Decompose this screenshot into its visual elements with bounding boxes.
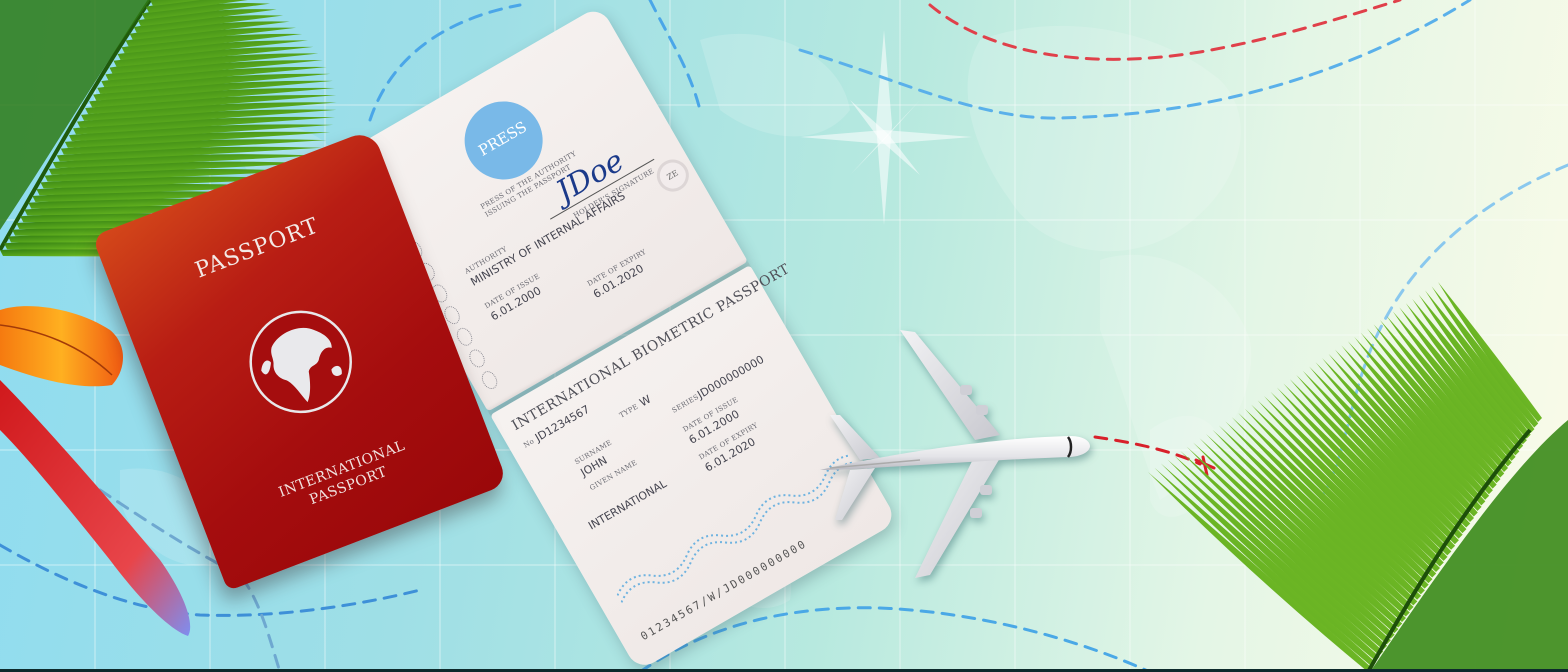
hologram-stamp: ZE xyxy=(651,154,695,198)
press-seal-text: PRESS xyxy=(464,111,541,166)
airplane-icon xyxy=(800,320,1100,590)
type-value: W xyxy=(637,393,653,410)
series-label: SERIES xyxy=(671,393,701,415)
number-label: No xyxy=(522,437,535,449)
travel-illustration: PRESS PRESS OF THE AUTHORITY ISSUING THE… xyxy=(0,0,1568,672)
orange-feather xyxy=(0,306,123,386)
type-label: TYPE xyxy=(618,403,640,420)
globe-icon xyxy=(234,295,368,429)
series-value: JD000000000 xyxy=(695,353,766,402)
